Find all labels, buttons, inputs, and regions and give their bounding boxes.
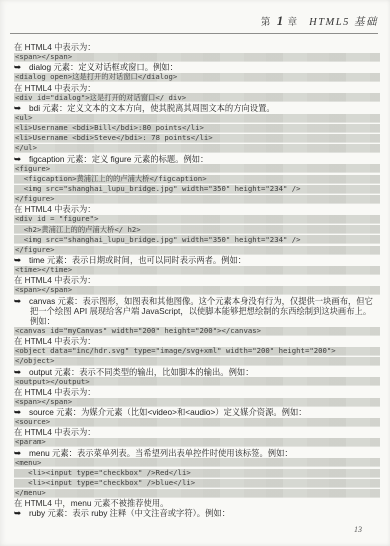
bullet-line: ➥time 元素：表示日期或时间，也可以同时表示两者。例如：	[14, 255, 380, 265]
bullet-line: ➥dialog 元素：定义对话框或窗口。例如：	[14, 62, 380, 72]
code-line: <param>	[14, 437, 380, 447]
code-line: <img src="shanghai_lupu_bridge.jpg" widt…	[14, 235, 380, 245]
bullet-line: ➥menu 元素：表示菜单列表。当希望列出表单控件时使用该标签。例如：	[14, 448, 380, 458]
code-line: <object data="inc/hdr.svg" type="image/s…	[14, 346, 380, 356]
page-header: 第 1 章HTML5 基础	[10, 12, 378, 34]
chapter-title: HTML5 基础	[309, 17, 378, 28]
bullet-text: ruby 元素：表示 ruby 注释（中文注音或字符）。例如：	[29, 508, 230, 518]
bullet-text: bdi 元素：定义文本的文本方向，使其脱离其周围文本的方向设置。	[29, 103, 275, 113]
code-line: <img src="shanghai_lupu_bridge.jpg" widt…	[14, 184, 380, 194]
code-line: <source>	[14, 417, 380, 427]
book-page: 第 1 章HTML5 基础 在 HTML4 中表示为：<span></span>…	[0, 0, 390, 546]
code-line: <menu>	[14, 458, 380, 468]
code-line: <span></span>	[14, 397, 380, 407]
bullet-line: ➥output 元素：表示不同类型的输出，比如脚本的输出。例如：	[14, 367, 380, 377]
code-line: <span></span>	[14, 52, 380, 62]
chapter-number: 1	[277, 13, 284, 28]
bullet-arrow-icon: ➥	[14, 448, 29, 457]
code-line: <div id="dialog">这是打开的对话窗口</ div>	[14, 93, 380, 103]
text-line: 在 HTML4 中表示为：	[14, 275, 380, 285]
bullet-arrow-icon: ➥	[14, 367, 29, 376]
text-line: 在 HTML4 中表示为：	[14, 83, 380, 93]
bullet-text: output 元素：表示不同类型的输出，比如脚本的输出。例如：	[29, 367, 254, 377]
code-line: <li>Username <bdi>Bill</bdi>:80 points</…	[14, 123, 380, 133]
page-number: 13	[354, 525, 362, 534]
code-line: <figure>	[14, 164, 380, 174]
code-line: </menu>	[14, 488, 380, 498]
bullet-arrow-icon: ➥	[14, 509, 29, 518]
bullet-line: ➥ruby 元素：表示 ruby 注释（中文注音或字符）。例如：	[14, 508, 380, 518]
code-line: </figure>	[14, 194, 380, 204]
bullet-arrow-icon: ➥	[14, 255, 29, 264]
code-line: <li><input type="checkbox" />blue</li>	[14, 478, 380, 488]
text-line: 在 HTML4 中表示为：	[14, 204, 380, 214]
chapter-prefix: 第	[261, 18, 273, 28]
bullet-line: ➥bdi 元素：定义文本的文本方向，使其脱离其周围文本的方向设置。	[14, 103, 380, 113]
code-line: <span></span>	[14, 285, 380, 295]
page-body: 在 HTML4 中表示为：<span></span>➥dialog 元素：定义对…	[14, 42, 380, 519]
bullet-arrow-icon: ➥	[14, 296, 29, 305]
text-continuation-line: 例如：	[14, 316, 380, 326]
bullet-arrow-icon: ➥	[14, 408, 29, 417]
bullet-arrow-icon: ➥	[14, 103, 29, 112]
bullet-text: canvas 元素：表示图形，如图表和其他图像。这个元素本身没有行为，仅提供一块…	[29, 296, 373, 306]
bullet-text: menu 元素：表示菜单列表。当希望列出表单控件时使用该标签。例如：	[29, 448, 293, 458]
bullet-line: ➥figcaption 元素：定义 figure 元素的标题。例如：	[14, 154, 380, 164]
code-line: <h2>黄浦江上的的卢浦大桥</ h2>	[14, 225, 380, 235]
code-line: </figure>	[14, 245, 380, 255]
code-line: <dialog open>这是打开的对话窗口</dialog>	[14, 72, 380, 82]
code-line: <canvas id="myCanvas" width="200" height…	[14, 326, 380, 336]
text-line: 在 HTML4 中表示为：	[14, 42, 380, 52]
text-continuation-line: 把一个绘图 API 展现给客户端 JavaScript，以使脚本能够把想绘制的东…	[14, 306, 380, 316]
code-line: <div id = "figure">	[14, 214, 380, 224]
bullet-text: figcaption 元素：定义 figure 元素的标题。例如：	[29, 154, 208, 164]
code-line: <output></output>	[14, 377, 380, 387]
bullet-text: source 元素：为媒介元素（比如<video>和<audio>）定义媒介资源…	[29, 407, 307, 417]
chapter-label: 第 1 章	[261, 18, 299, 28]
bullet-line: ➥source 元素：为媒介元素（比如<video>和<audio>）定义媒介资…	[14, 407, 380, 417]
code-line: <li>Username <bdi>Steve</bdi>: 78 points…	[14, 133, 380, 143]
text-line: 在 HTML4 中表示为：	[14, 336, 380, 346]
code-line: </ul>	[14, 143, 380, 153]
bullet-arrow-icon: ➥	[14, 154, 29, 163]
text-line: 在 HTML4 中表示为：	[14, 387, 380, 397]
bullet-text: time 元素：表示日期或时间，也可以同时表示两者。例如：	[29, 255, 246, 265]
bullet-text: dialog 元素：定义对话框或窗口。例如：	[29, 62, 178, 72]
code-line: <li><input type="checkbox" />Red</li>	[14, 468, 380, 478]
text-line: 在 HTML4 中，menu 元素不被推荐使用。	[14, 498, 380, 508]
bullet-line: ➥canvas 元素：表示图形，如图表和其他图像。这个元素本身没有行为，仅提供一…	[14, 296, 380, 306]
code-line: <time></time>	[14, 265, 380, 275]
chapter-suffix: 章	[288, 18, 300, 28]
bullet-arrow-icon: ➥	[14, 63, 29, 72]
code-line: <figcaption>黄浦江上的的卢浦大桥</figcaption>	[14, 174, 380, 184]
text-line: 在 HTML4 中表示为：	[14, 427, 380, 437]
code-line: <ul>	[14, 113, 380, 123]
code-line: </object>	[14, 356, 380, 366]
